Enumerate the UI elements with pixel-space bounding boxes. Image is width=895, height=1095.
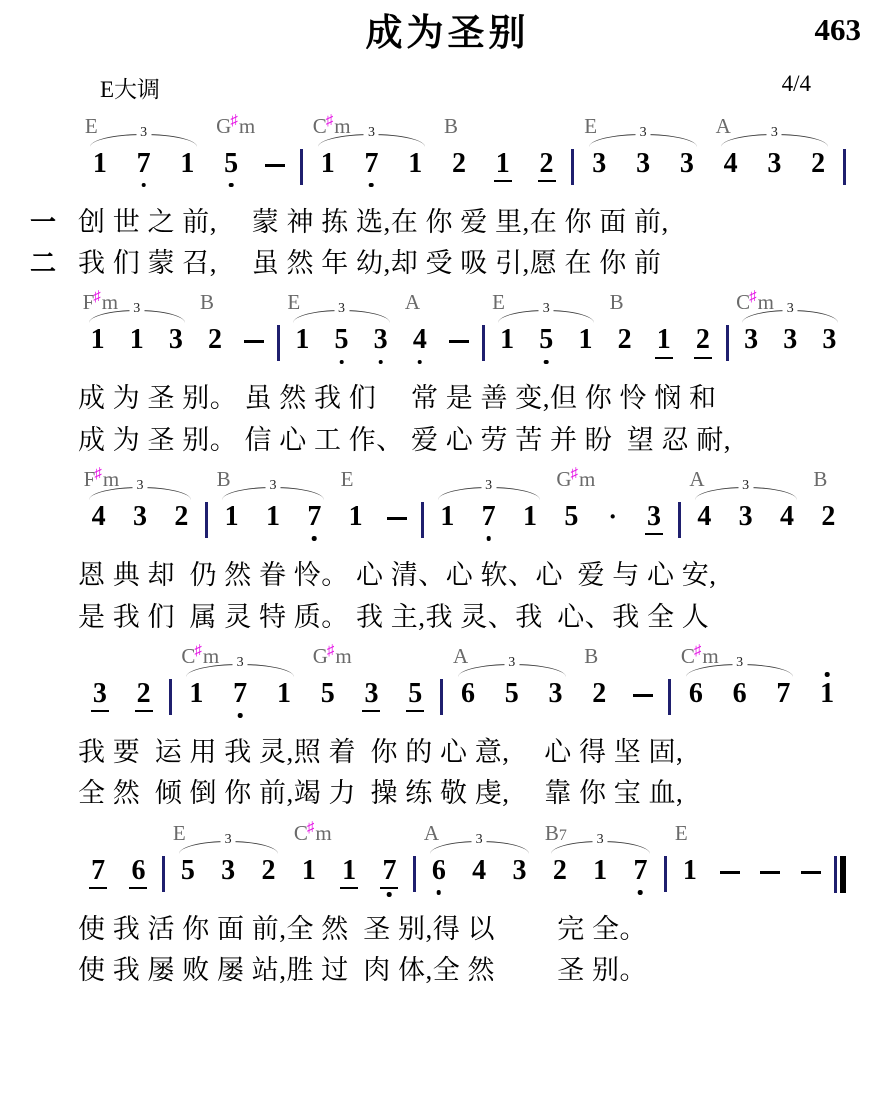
note: 1 (575, 324, 595, 356)
chord-root: B (610, 290, 624, 314)
music-line: 7635E321C♯m1736A4332B7171E (78, 819, 849, 899)
chord-label: G♯m (313, 646, 352, 667)
chord-label: C♯m (313, 116, 351, 137)
chord-root: E (287, 290, 300, 314)
lyric-text: 全 然 倾 倒 你 前,竭 力 操 练 敬 虔, 靠 你 宝 血, (78, 777, 683, 809)
barline-group (723, 324, 732, 361)
triplet-group: 31E53 (283, 324, 400, 356)
note: 6A (429, 855, 449, 887)
music-line: 31F♯m132B31E534A31E512B1233C♯m33 (78, 288, 849, 368)
lyric-text: 使 我 活 你 面 前,全 然 圣 别,得 以 完 全。 (78, 913, 647, 945)
note-number: 4 (778, 501, 796, 533)
note: 3 (633, 148, 653, 180)
note: 1 (405, 148, 425, 180)
barline (162, 856, 165, 892)
triplet-number: 3 (364, 126, 379, 140)
chord-label: C♯m (736, 292, 774, 313)
chord-root: E (85, 114, 98, 138)
note: 1 (339, 855, 359, 889)
verse-number: 二 (30, 248, 78, 279)
lyric-line: 一创 世 之 前, 蒙 神 拣 选,在 你 爱 里,在 你 面 前, (30, 206, 849, 238)
chord-root: B (444, 114, 458, 138)
chord-label: G♯m (556, 469, 595, 490)
note-number: 5 (562, 501, 580, 533)
note-number: 1 (187, 678, 205, 710)
dash-note (449, 324, 469, 356)
barline (678, 502, 681, 538)
chord-root: G (313, 644, 328, 668)
note-number: 1 (681, 855, 699, 887)
chord-suffix: m (315, 821, 331, 845)
octave-dot-low (437, 890, 442, 895)
dash-note (801, 855, 821, 887)
note-number: 3 (781, 324, 799, 356)
triplet-group: 31E71 (78, 148, 209, 180)
chord-root: A (453, 644, 468, 668)
note-number: 1 (340, 855, 358, 889)
triplet-group: 31C♯m71 (306, 148, 437, 180)
barline-group (665, 678, 674, 715)
note: 3 (90, 678, 110, 712)
note-number: 1 (89, 324, 107, 356)
chord-root: B (545, 821, 559, 845)
note: 3 (780, 324, 800, 356)
note: 7 (630, 855, 650, 887)
sharp-icon: ♯ (94, 466, 102, 482)
hymn-title: 成为圣别 (0, 14, 895, 55)
note-number: 2 (259, 855, 277, 887)
note: 1 (127, 324, 147, 356)
note: 7 (230, 678, 250, 710)
barline-group (675, 501, 684, 538)
thin-bar (834, 856, 837, 893)
lyric-text: 我 要 运 用 我 灵,照 着 你 的 心 意, 心 得 坚 固, (78, 736, 683, 768)
chord-root: B (584, 644, 598, 668)
note-number: 7 (305, 501, 323, 533)
chord-root: C (681, 644, 695, 668)
chord-label: C♯m (181, 646, 219, 667)
chord-label: A (689, 469, 704, 490)
chord-suffix: m (102, 290, 118, 314)
note: 2B (449, 148, 469, 182)
barline (482, 325, 485, 361)
triplet-group: 32B717 (540, 855, 661, 887)
hymn-number: 463 (815, 12, 862, 48)
note: 7 (479, 501, 499, 533)
score-body: 31E715G♯m31C♯m712B1233E3334A32一创 世 之 前, … (0, 104, 895, 987)
lyric-line: 成 为 圣 别。 虽 然 我 们 常 是 善 变,但 你 怜 悯 和 (30, 382, 849, 414)
triplet-number: 3 (732, 656, 747, 670)
barline (726, 325, 729, 361)
chord-root: B (217, 467, 231, 491)
dash-note (387, 501, 407, 533)
lyric-text: 恩 典 却 仍 然 眷 怜。 心 清、心 软、心 爱 与 心 安, (78, 559, 717, 591)
note-number: 5 (319, 678, 337, 710)
note-number: 4 (470, 855, 488, 887)
note-number: 1 (498, 324, 516, 356)
triplet-arc: 3 (90, 134, 198, 147)
triplet-arc: 3 (498, 310, 594, 323)
triplet-group: 31C♯m71 (175, 678, 306, 710)
octave-dot-high (825, 672, 830, 677)
barline-group (297, 148, 306, 185)
dash-note (633, 678, 653, 710)
note: 1C♯m (186, 678, 206, 710)
music-line: 3231C♯m715G♯m3536A532B36C♯m671 (78, 642, 849, 722)
chord-root: C (313, 114, 327, 138)
note: 6 (128, 855, 148, 889)
note: 6A (458, 678, 478, 710)
note-number: 1 (521, 501, 539, 533)
chord-root: A (405, 290, 420, 314)
octave-dot-low (369, 183, 374, 188)
triplet-number: 3 (767, 126, 782, 140)
triplet-group: 35E32 (168, 855, 289, 887)
chord-root: E (675, 821, 688, 845)
note-number: 7 (89, 855, 107, 889)
note-number: 3 (590, 148, 608, 180)
page-header: 成为圣别 463 E大调 4/4 (0, 0, 895, 104)
note-number: 1 (264, 501, 282, 533)
chord-label: E (584, 116, 597, 137)
note-number: 2 (694, 324, 712, 358)
note-number: 1 (275, 678, 293, 710)
note-group: 1C♯m17 (289, 855, 410, 889)
chord-label: B (217, 469, 231, 490)
lyric-text: 成 为 圣 别。 信 心 工 作、 爱 心 劳 苦 并 盼 望 忍 耐, (78, 424, 731, 456)
chord-label: E (341, 469, 354, 490)
note: 1 (817, 678, 837, 710)
sharp-icon: ♯ (230, 113, 238, 129)
augmentation-dot: · (603, 501, 623, 535)
note: 4F♯m (89, 501, 109, 533)
barline-group (159, 855, 168, 892)
triplet-number: 3 (472, 833, 487, 847)
lyric-line: 使 我 屡 败 屡 站,胜 过 肉 体,全 然 圣 别。 (30, 954, 849, 986)
octave-dot-low (238, 713, 243, 718)
note-number: 3 (547, 678, 565, 710)
note-number: 2 (551, 855, 569, 887)
key-time-row: E大调 4/4 (0, 55, 895, 104)
lyric-text: 我 们 蒙 召, 虽 然 年 幼,却 受 吸 引,愿 在 你 前 (78, 247, 662, 279)
chord-root: C (294, 821, 308, 845)
barline-group (479, 324, 488, 361)
note: 2B7 (550, 855, 570, 887)
note: 1E (90, 148, 110, 180)
note-group: 2B (195, 324, 273, 356)
barline-group (437, 678, 446, 715)
triplet-arc: 3 (293, 310, 389, 323)
dash-line (449, 340, 469, 343)
triplet-number: 3 (504, 656, 519, 670)
chord-label: E (287, 292, 300, 313)
note-number: 2 (590, 678, 608, 710)
note-group: 2B (577, 678, 665, 710)
note: 3 (166, 324, 186, 356)
note: 3 (644, 501, 664, 535)
chord-label: A (453, 646, 468, 667)
note: 3E (589, 148, 609, 180)
note-number: 1 (576, 324, 594, 356)
note: 3C♯m (741, 324, 761, 356)
note-number: 1 (178, 148, 196, 180)
note: 5G♯m (561, 501, 581, 535)
chord-label: B (610, 292, 624, 313)
chord-label: E (675, 823, 688, 844)
note: 1E (497, 324, 517, 356)
barline-group (202, 501, 211, 538)
chord-label: B (584, 646, 598, 667)
note-number: 2 (450, 148, 468, 180)
note: 1E (346, 501, 366, 533)
barline (277, 325, 280, 361)
note: 3 (819, 324, 839, 356)
triplet-number: 3 (539, 302, 554, 316)
note: 1C♯m (318, 148, 338, 180)
triplet-group: 3171 (427, 501, 551, 533)
note: 1 (520, 501, 540, 533)
chord-suffix: m (335, 644, 351, 668)
chord-root: E (492, 290, 505, 314)
note: 4A (694, 501, 714, 533)
triplet-group: 34A34 (684, 501, 808, 533)
note: 3 (218, 855, 238, 887)
note-number: 1 (494, 148, 512, 182)
sharp-icon: ♯ (93, 289, 101, 305)
note-number: 4 (722, 148, 740, 180)
note: 4 (469, 855, 489, 887)
triplet-arc: 3 (222, 487, 324, 500)
chord-label: F♯m (83, 292, 119, 313)
note-group: 32 (78, 678, 166, 712)
triplet-group: 33C♯m33 (732, 324, 849, 356)
lyric-line: 二我 们 蒙 召, 虽 然 年 幼,却 受 吸 引,愿 在 你 前 (30, 247, 849, 279)
octave-dot-low (378, 360, 383, 365)
verse-number: 一 (30, 207, 78, 238)
note-number: 2 (135, 678, 153, 712)
chord-label: E (173, 823, 186, 844)
note-number: 6 (731, 678, 749, 710)
note-number: 4 (90, 501, 108, 533)
note-number: 3 (362, 678, 380, 712)
note-number: 1 (438, 501, 456, 533)
chord-suffix: m (579, 467, 595, 491)
octave-dot-low (638, 890, 643, 895)
note: 5 (332, 324, 352, 356)
note: 3 (764, 148, 784, 180)
chord-root: G (556, 467, 571, 491)
note: 7 (379, 855, 399, 889)
note-number: 1 (591, 855, 609, 887)
note-number: 5 (406, 678, 424, 712)
barline (668, 679, 671, 715)
note: 4A (410, 324, 430, 356)
note: 3 (361, 678, 381, 712)
barline-group (166, 678, 175, 715)
note: 2 (171, 501, 191, 533)
triplet-number: 3 (481, 479, 496, 493)
octave-dot-low (418, 360, 423, 365)
note: 5 (502, 678, 522, 710)
note-group: 5G♯m·3 (551, 501, 675, 535)
dash-line (244, 340, 264, 343)
dash-note (760, 855, 780, 887)
octave-dot-low (312, 536, 317, 541)
note-number: 2 (809, 148, 827, 180)
note: 4A (721, 148, 741, 180)
triplet-arc: 3 (695, 487, 797, 500)
chord-root: A (689, 467, 704, 491)
note: 2 (134, 678, 154, 712)
note: 5E (178, 855, 198, 887)
note: 2B (589, 678, 609, 710)
chord-root: A (424, 821, 439, 845)
note-number: 7 (231, 678, 249, 710)
sharp-icon: ♯ (194, 643, 202, 659)
triplet-arc: 3 (721, 134, 829, 147)
chord-label: B (813, 469, 827, 490)
note: 1 (274, 678, 294, 710)
chord-suffix: 7 (559, 827, 567, 844)
note-number: 7 (774, 678, 792, 710)
dash-line (265, 164, 285, 167)
triplet-number: 3 (136, 126, 151, 140)
thick-bar (840, 856, 846, 893)
note-number: 2 (538, 148, 556, 182)
note-number: 3 (645, 501, 663, 535)
note-number: 5 (537, 324, 555, 356)
triplet-arc: 3 (589, 134, 697, 147)
note: 5 (405, 678, 425, 712)
sharp-icon: ♯ (694, 643, 702, 659)
triplet-number: 3 (783, 302, 798, 316)
triplet-group: 34F♯m32 (78, 501, 202, 533)
triplet-number: 3 (133, 479, 148, 493)
note: 3 (677, 148, 697, 180)
lyric-line: 使 我 活 你 面 前,全 然 圣 别,得 以 完 全。 (30, 913, 849, 945)
note-number: 1 (347, 501, 365, 533)
sharp-icon: ♯ (326, 113, 334, 129)
note: 3 (546, 678, 566, 710)
barline (169, 679, 172, 715)
note-number: 3 (372, 324, 390, 356)
note-number: 1 (293, 324, 311, 356)
lyric-line: 全 然 倾 倒 你 前,竭 力 操 练 敬 虔, 靠 你 宝 血, (30, 777, 849, 809)
sharp-icon: ♯ (307, 820, 315, 836)
octave-dot-low (141, 183, 146, 188)
barline (413, 856, 416, 892)
note-number: 6 (129, 855, 147, 889)
chord-label: A (405, 292, 420, 313)
note-group: 2B12 (605, 324, 722, 358)
note-number: 1 (406, 148, 424, 180)
note-number: 3 (765, 148, 783, 180)
chord-suffix: m (758, 290, 774, 314)
octave-dot-low (387, 892, 392, 897)
note-number: 3 (820, 324, 838, 356)
note: 2 (537, 148, 557, 182)
note-group: 5G♯m35 (306, 678, 437, 712)
note: 5 (536, 324, 556, 356)
note: 1C♯m (299, 855, 319, 889)
lyric-line: 成 为 圣 别。 信 心 工 作、 爱 心 劳 苦 并 盼 望 忍 耐, (30, 424, 849, 456)
barline-group (410, 855, 419, 892)
sharp-icon: ♯ (327, 643, 335, 659)
note-number: 3 (737, 501, 755, 533)
triplet-arc: 3 (458, 664, 566, 677)
note-number: 1 (223, 501, 241, 533)
lyric-text: 是 我 们 属 灵 特 质。 我 主,我 灵、我 心、我 全 人 (78, 601, 709, 633)
note: 2B (818, 501, 838, 533)
octave-dot-low (544, 360, 549, 365)
note: 2 (693, 324, 713, 358)
barline (664, 856, 667, 892)
chord-root: E (173, 821, 186, 845)
note-number: 5 (222, 148, 240, 180)
dash-note (244, 324, 264, 356)
lyric-text: 成 为 圣 别。 虽 然 我 们 常 是 善 变,但 你 怜 悯 和 (78, 382, 717, 414)
chord-label: C♯m (681, 646, 719, 667)
note: 7 (134, 148, 154, 180)
note: 2B (205, 324, 225, 356)
barline (571, 149, 574, 185)
music-line: 34F♯m3231B171E31715G♯m·334A342B (78, 465, 849, 545)
dash-note (265, 148, 285, 180)
note-number: 3 (131, 501, 149, 533)
chord-suffix: m (702, 644, 718, 668)
note: 2 (258, 855, 278, 887)
note-number: 7 (362, 148, 380, 180)
final-double-barline (834, 856, 846, 893)
chord-label: G♯m (216, 116, 255, 137)
note-group: 1 (805, 678, 849, 710)
note: 7 (304, 501, 324, 533)
chord-label: C♯m (294, 823, 332, 844)
barline (421, 502, 424, 538)
triplet-group: 31B17 (211, 501, 335, 533)
note-group: 2B12 (437, 148, 568, 182)
triplet-group: 31E51 (488, 324, 605, 356)
chord-root: E (584, 114, 597, 138)
note: 4 (777, 501, 797, 533)
triplet-number: 3 (334, 302, 349, 316)
note-group: 1E (670, 855, 831, 887)
note: 5G♯m (318, 678, 338, 712)
note-number: 7 (380, 855, 398, 889)
dot-glyph: · (608, 501, 617, 532)
barline-group (274, 324, 283, 361)
note-number: 6 (687, 678, 705, 710)
note-number: 3 (510, 855, 528, 887)
triplet-group: 36A43 (419, 855, 540, 887)
note-number: 7 (631, 855, 649, 887)
note: 1 (590, 855, 610, 887)
octave-dot-low (229, 183, 234, 188)
note-number: 5 (333, 324, 351, 356)
chord-label: F♯m (84, 469, 120, 490)
note-group: 5G♯m (209, 148, 297, 180)
chord-suffix: m (203, 644, 219, 668)
octave-dot-low (486, 536, 491, 541)
note-number: 4 (695, 501, 713, 533)
barline-group (418, 501, 427, 538)
note: 3 (736, 501, 756, 533)
note: 6C♯m (686, 678, 706, 710)
chord-label: B (444, 116, 458, 137)
triplet-group: 36A53 (446, 678, 577, 710)
chord-root: B (200, 290, 214, 314)
note-number: 1 (128, 324, 146, 356)
